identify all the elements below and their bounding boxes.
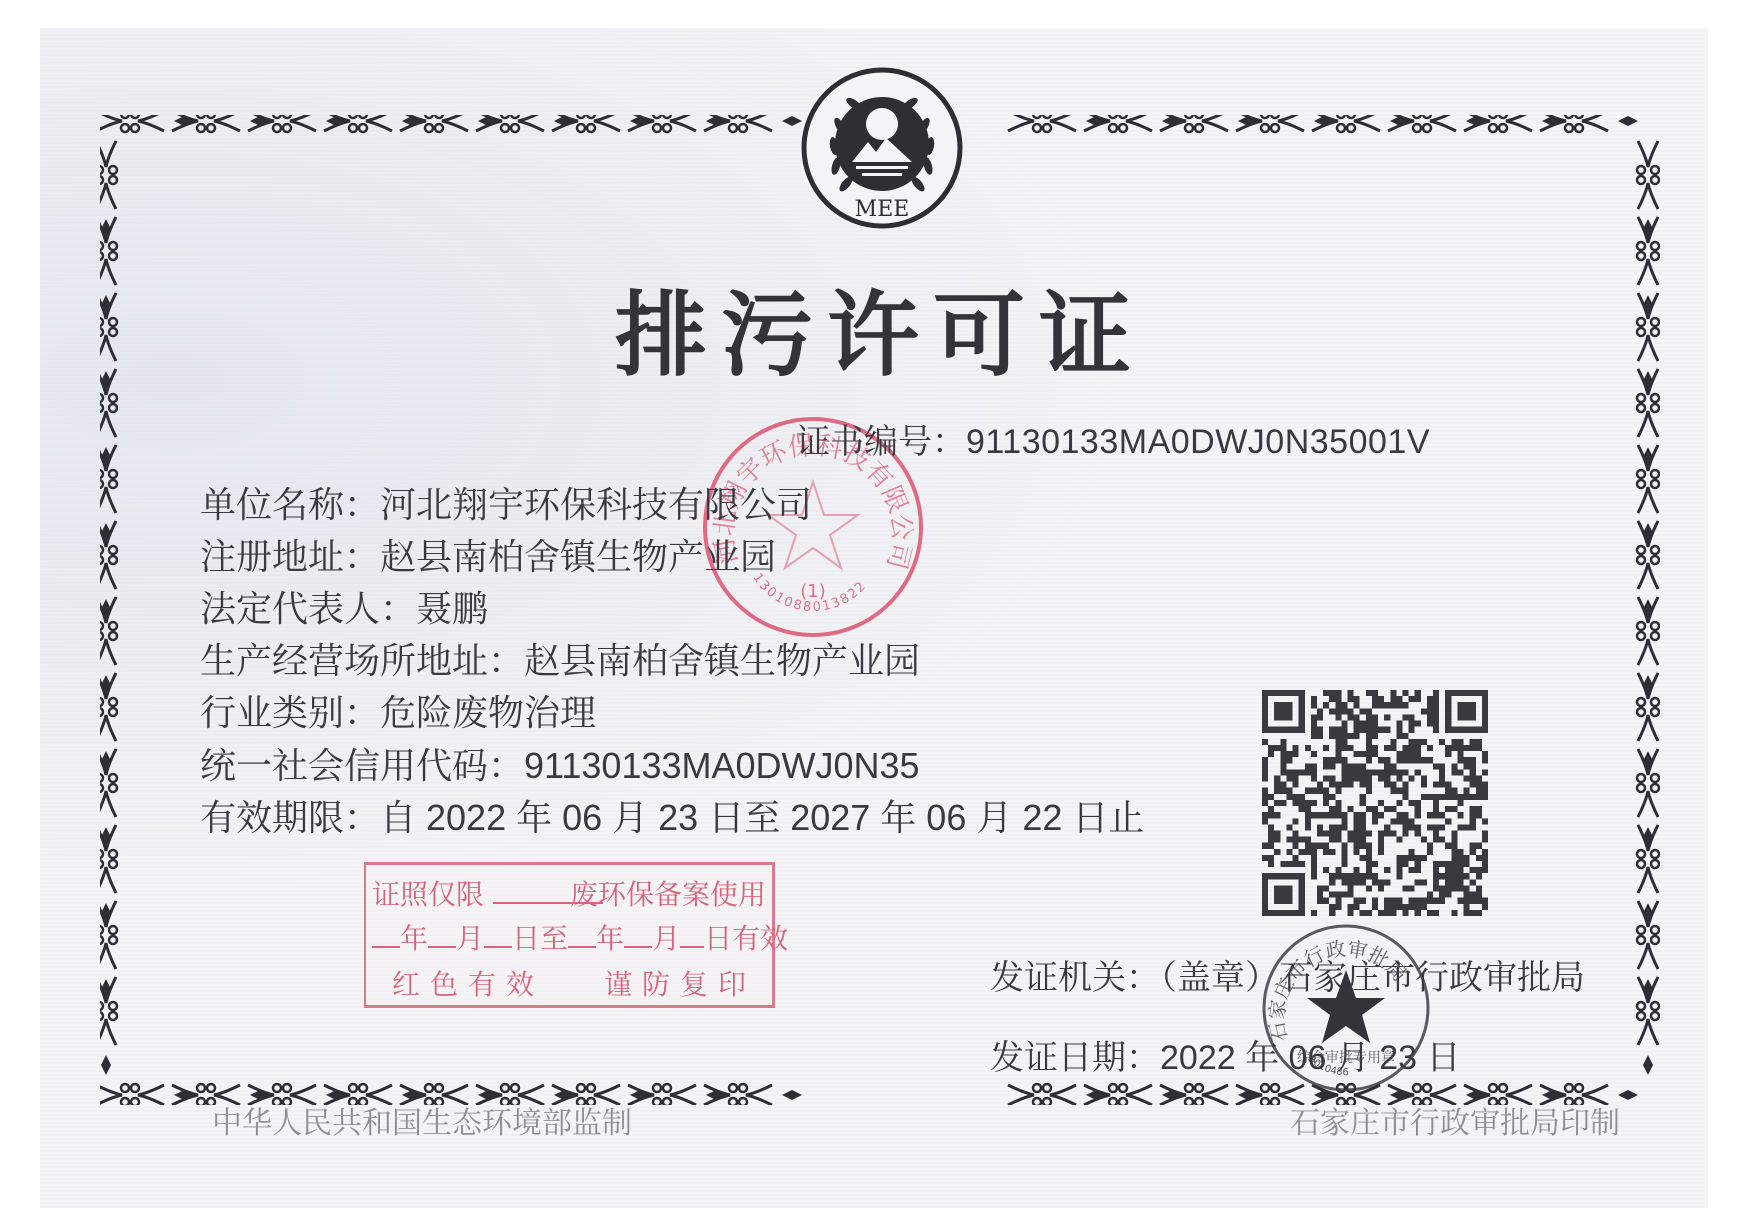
- mee-emblem-icon: MEE: [800, 66, 964, 230]
- svg-text:MEE: MEE: [855, 197, 910, 222]
- certificate-number-value: 91130133MA0DWJ0N35001V: [966, 423, 1430, 461]
- issuing-authority: 发证机关：（盖章）石家庄市行政审批局: [990, 950, 1585, 999]
- certificate-number: 证书编号：91130133MA0DWJ0N35001V: [796, 414, 1430, 463]
- issuing-authority-label: 发证机关：（盖章）: [990, 958, 1279, 998]
- issuing-authority-value: 石家庄市行政审批局: [1279, 958, 1585, 998]
- field-legal-representative: 法定代表人：聂鹏: [200, 584, 1144, 636]
- footer-supervisor: 中华人民共和国生态环境部监制: [212, 1098, 632, 1142]
- issue-date-label: 发证日期：: [990, 1038, 1160, 1078]
- qr-code-icon[interactable]: [1262, 690, 1488, 916]
- field-industry-category: 行业类别：危险废物治理: [200, 688, 1144, 740]
- issue-date-value: 2022 年 06 月 23 日: [1160, 1039, 1461, 1077]
- field-registered-address: 注册地址：赵县南柏舍镇生物产业园: [200, 532, 1144, 584]
- field-unit-name: 单位名称：河北翔宇环保科技有限公司: [200, 480, 1144, 532]
- issue-date: 发证日期：2022 年 06 月 23 日: [990, 1030, 1461, 1079]
- usage-stamp-row-1: 证照仅限 废环保备案使用: [372, 873, 766, 913]
- field-validity-period: 有效期限：自 2022 年 06 月 23 日至 2027 年 06 月 22 …: [200, 792, 1144, 844]
- footer-printer: 石家庄市行政审批局印制: [1290, 1098, 1620, 1142]
- field-business-address: 生产经营场所地址：赵县南柏舍镇生物产业园: [200, 636, 1144, 688]
- usage-restriction-stamp: 证照仅限 废环保备案使用 年月日至年月日有效 红色有效 谨防复印: [364, 862, 775, 1008]
- usage-stamp-row-3: 红色有效 谨防复印: [372, 963, 766, 1003]
- certificate-fields: 单位名称：河北翔宇环保科技有限公司 注册地址：赵县南柏舍镇生物产业园 法定代表人…: [200, 480, 1144, 844]
- certificate-number-label: 证书编号：: [796, 422, 966, 462]
- field-credit-code: 统一社会信用代码：91130133MA0DWJ0N35: [200, 740, 1144, 792]
- usage-stamp-row-2: 年月日至年月日有效: [372, 917, 766, 957]
- document-title: 排污许可证: [600, 262, 1160, 394]
